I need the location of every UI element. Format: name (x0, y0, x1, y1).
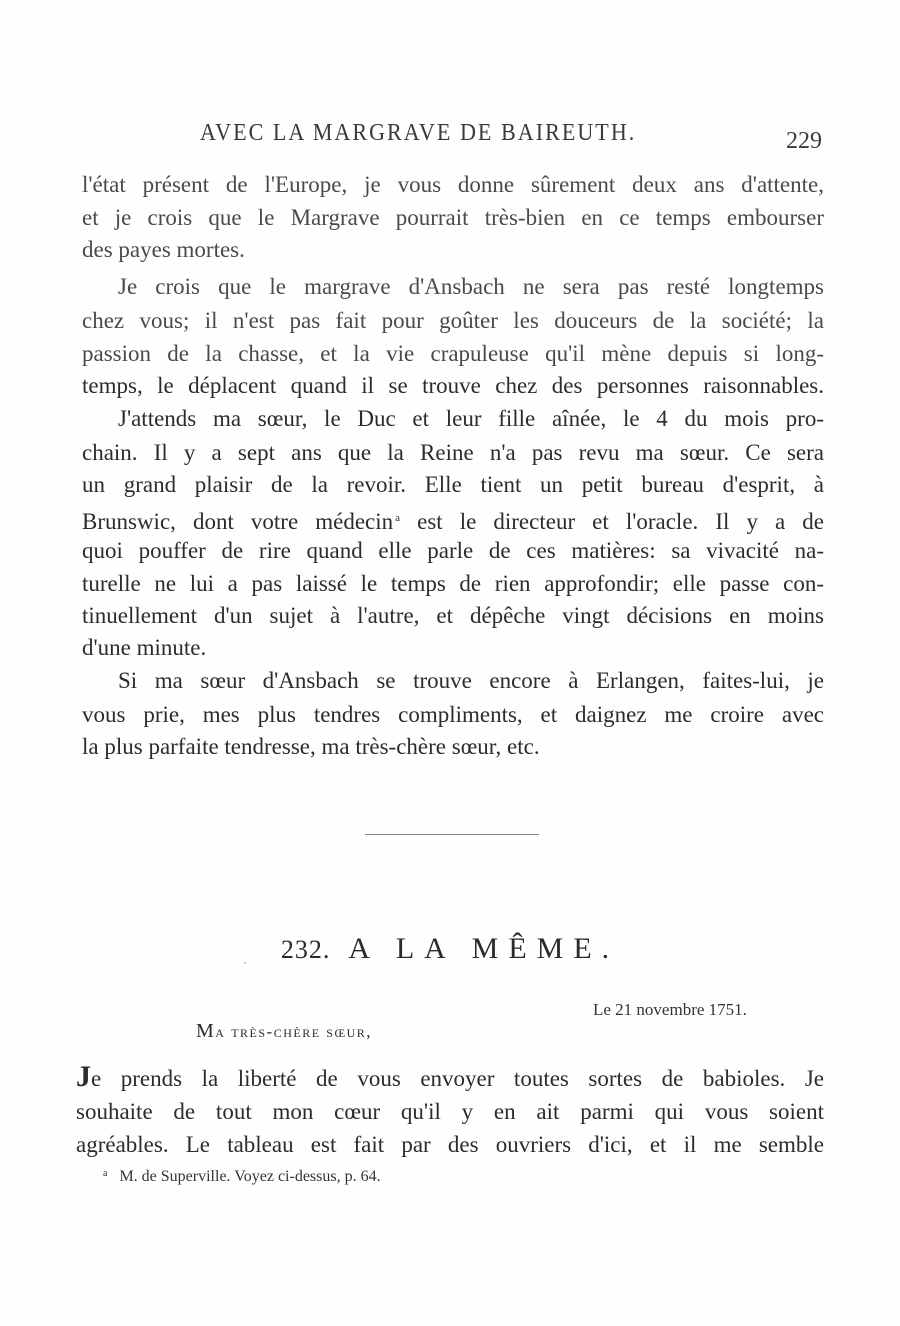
text-line: d'une minute. (82, 633, 824, 663)
text-line: un grand plaisir de la revoir. Elle tien… (82, 470, 824, 500)
letter-date: Le 21 novembre 1751. (593, 1000, 747, 1020)
text-line: chain. Il y a sept ans que la Reine n'a … (82, 438, 824, 468)
text-line: J'attends ma sœur, le Duc et leur fille … (118, 404, 824, 434)
letter-number: 232. (281, 935, 331, 964)
letter-salutation: Ma très-chère sœur, (196, 1020, 372, 1043)
running-head: AVEC LA MARGRAVE DE BAIREUTH. (200, 120, 636, 147)
text-segment: est le directeur et l'oracle. Il y a de (417, 509, 824, 534)
text-segment: e prends la liberté de vous envoyer tout… (91, 1066, 824, 1091)
text-line: temps, le déplacent quand il se trouve c… (82, 371, 824, 401)
text-segment: Brunswic, dont votre médecin (82, 509, 393, 534)
text-line: Si ma sœur d'Ansbach se trouve encore à … (118, 666, 824, 696)
footnote-text: M. de Superville. Voyez ci-dessus, p. 64… (119, 1168, 380, 1185)
text-line: la plus parfaite tendresse, ma très-chèr… (82, 732, 824, 762)
text-line: agréables. Le tableau est fait par des o… (76, 1130, 824, 1160)
text-line: l'état présent de l'Europe, je vous donn… (82, 170, 824, 200)
letter-recipient: A LA MÊME. (348, 932, 619, 965)
text-line: et je crois que le Margrave pourrait trè… (82, 203, 824, 233)
section-divider (365, 834, 539, 835)
text-line: turelle ne lui a pas laissé le temps de … (82, 569, 824, 599)
text-line-with-note: Brunswic, dont votre médecina est le dir… (82, 503, 824, 537)
drop-cap: J (76, 1060, 91, 1093)
text-line: vous prie, mes plus tendres compliments,… (82, 700, 824, 730)
text-line: des payes mortes. (82, 235, 824, 265)
footnote-mark: a (103, 1168, 107, 1179)
text-line: chez vous; il n'est pas fait pour goûter… (82, 306, 824, 336)
letter-heading: 232.A LA MÊME. (0, 932, 900, 966)
text-line-with-dropcap: Je prends la liberté de vous envoyer tou… (76, 1062, 824, 1094)
footnote-reference[interactable]: a (395, 512, 400, 524)
footnote: aM. de Superville. Voyez ci-dessus, p. 6… (103, 1168, 381, 1186)
book-page: AVEC LA MARGRAVE DE BAIREUTH. 229 l'état… (0, 0, 900, 1326)
text-line: souhaite de tout mon cœur qu'il y en ait… (76, 1097, 824, 1127)
text-line: tinuellement d'un sujet à l'autre, et dé… (82, 601, 824, 631)
text-line: Je crois que le margrave d'Ansbach ne se… (118, 272, 824, 302)
text-line: passion de la chasse, et la vie crapuleu… (82, 339, 824, 369)
text-line: quoi pouffer de rire quand elle parle de… (82, 536, 824, 566)
page-number: 229 (786, 128, 822, 155)
